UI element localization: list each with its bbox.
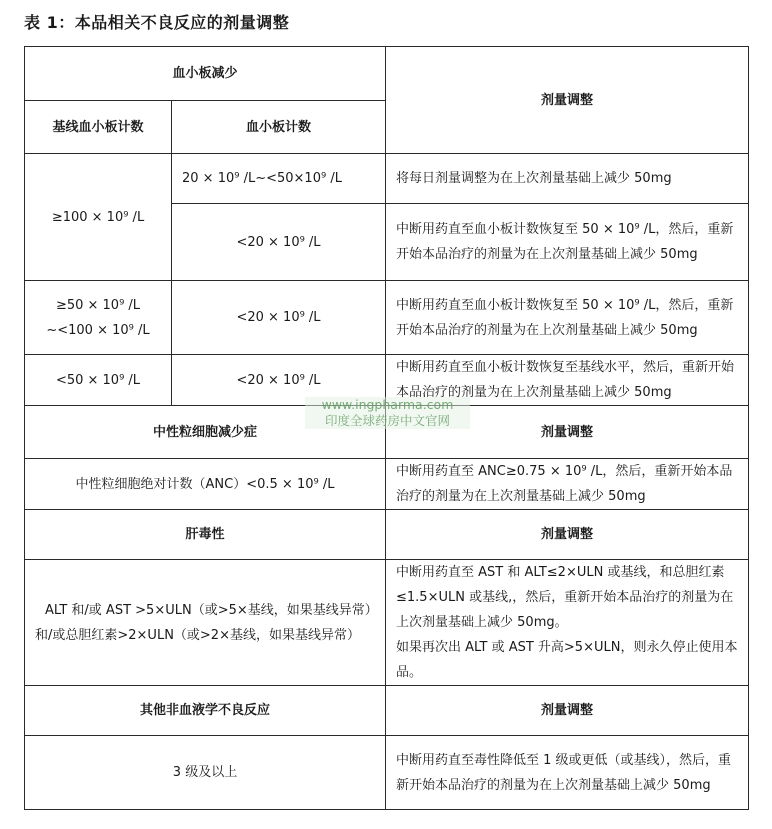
other-header-row: 其他非血液学不良反应 剂量调整 <box>25 686 749 736</box>
dose-cell: 将每日剂量调整为在上次剂量基础上减少 50mg <box>386 154 749 204</box>
dose-adjustment-header: 剂量调整 <box>386 510 749 560</box>
hepatotoxicity-section-header: 肝毒性 <box>25 510 386 560</box>
platelet-cell: <20 × 10⁹ /L <box>172 204 386 281</box>
condition-cell: ALT 和/或 AST >5×ULN（或>5×基线，如果基线异常）和/或总胆红素… <box>25 560 386 686</box>
table-row: ≥100 × 10⁹ /L 20 × 10⁹ /L~<50×10⁹ /L 将每日… <box>25 154 749 204</box>
thrombocytopenia-section-header: 血小板减少 <box>25 47 386 101</box>
thrombocytopenia-header-row: 血小板减少 剂量调整 <box>25 47 749 101</box>
table-row: ≥50 × 10⁹ /L ~<100 × 10⁹ /L <20 × 10⁹ /L… <box>25 281 749 355</box>
condition-cell: 中性粒细胞绝对计数（ANC）<0.5 × 10⁹ /L <box>25 459 386 510</box>
table-row: 中性粒细胞绝对计数（ANC）<0.5 × 10⁹ /L 中断用药直至 ANC≥0… <box>25 459 749 510</box>
watermark-url: www.ingpharma.com <box>305 397 470 413</box>
baseline-cell: ≥100 × 10⁹ /L <box>25 154 172 281</box>
table-row: 3 级及以上 中断用药直至毒性降低至 1 级或更低（或基线），然后，重新开始本品… <box>25 736 749 810</box>
watermark-text: 印度全球药房中文官网 <box>305 413 470 429</box>
baseline-platelet-header: 基线血小板计数 <box>25 101 172 154</box>
dose-adjustment-header: 剂量调整 <box>386 47 749 154</box>
watermark: www.ingpharma.com 印度全球药房中文官网 <box>305 397 470 429</box>
dose-adjustment-header: 剂量调整 <box>386 686 749 736</box>
hepatotoxicity-header-row: 肝毒性 剂量调整 <box>25 510 749 560</box>
dose-line-2: 如果再次出 ALT 或 AST 升高>5×ULN，则永久停止使用本品。 <box>396 635 738 685</box>
platelet-count-header: 血小板计数 <box>172 101 386 154</box>
other-section-header: 其他非血液学不良反应 <box>25 686 386 736</box>
condition-cell: 3 级及以上 <box>25 736 386 810</box>
dose-cell: 中断用药直至血小板计数恢复至 50 × 10⁹ /L，然后，重新开始本品治疗的剂… <box>386 204 749 281</box>
baseline-line-1: ≥50 × 10⁹ /L <box>35 293 161 318</box>
table-row: ALT 和/或 AST >5×ULN（或>5×基线，如果基线异常）和/或总胆红素… <box>25 560 749 686</box>
dose-line-1: 中断用药直至 AST 和 ALT≤2×ULN 或基线，和总胆红素≤1.5×ULN… <box>396 560 738 635</box>
dose-cell: 中断用药直至血小板计数恢复至 50 × 10⁹ /L，然后，重新开始本品治疗的剂… <box>386 281 749 355</box>
dose-cell: 中断用药直至 ANC≥0.75 × 10⁹ /L，然后，重新开始本品治疗的剂量为… <box>386 459 749 510</box>
table-title: 表 1：本品相关不良反应的剂量调整 <box>24 10 289 33</box>
baseline-line-2: ~<100 × 10⁹ /L <box>35 318 161 343</box>
platelet-cell: <20 × 10⁹ /L <box>172 281 386 355</box>
dose-cell: 中断用药直至毒性降低至 1 级或更低（或基线），然后，重新开始本品治疗的剂量为在… <box>386 736 749 810</box>
baseline-cell: ≥50 × 10⁹ /L ~<100 × 10⁹ /L <box>25 281 172 355</box>
platelet-cell: 20 × 10⁹ /L~<50×10⁹ /L <box>172 154 386 204</box>
dose-cell: 中断用药直至 AST 和 ALT≤2×ULN 或基线，和总胆红素≤1.5×ULN… <box>386 560 749 686</box>
baseline-cell: <50 × 10⁹ /L <box>25 355 172 406</box>
